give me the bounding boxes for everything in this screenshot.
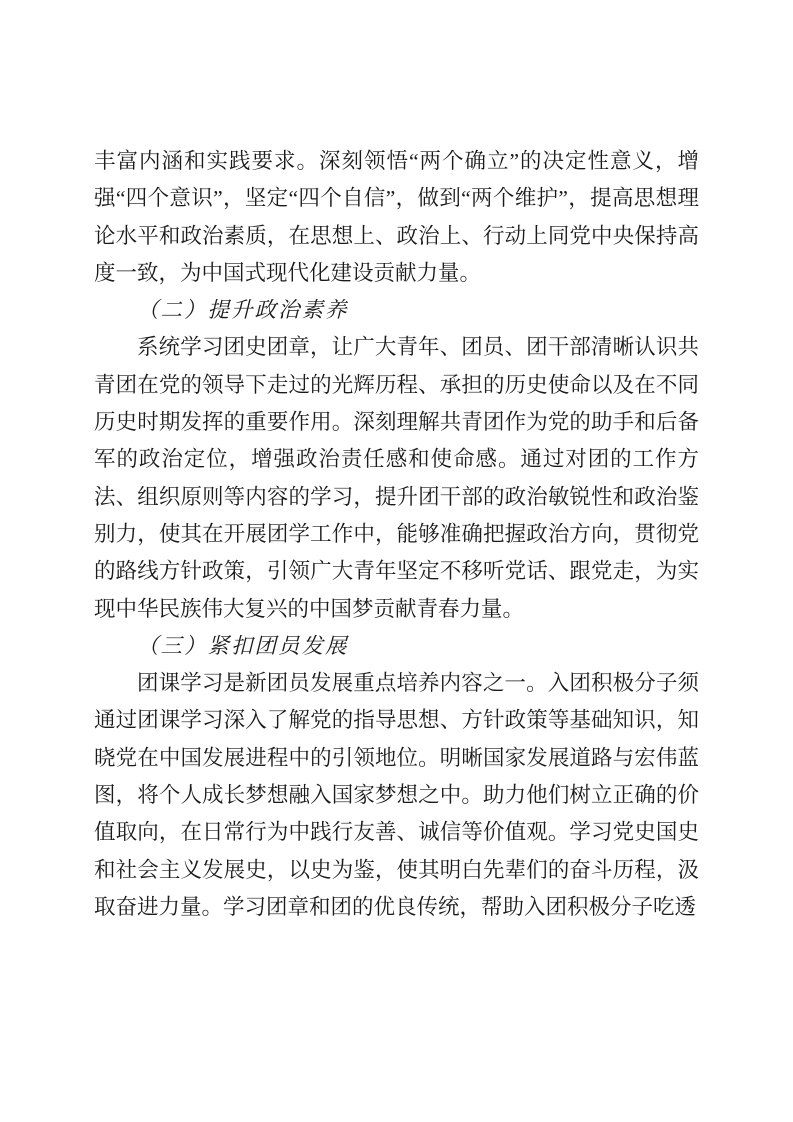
section-heading-3: （三）紧扣团员发展 <box>94 628 699 665</box>
paragraph-member-development: 团课学习是新团员发展重点培养内容之一。入团积极分子须通过团课学习深入了解党的指导… <box>94 665 699 926</box>
paragraph-continuation: 丰富内涵和实践要求。深刻领悟“两个确立”的决定性意义，增强“四个意识”，坚定“四… <box>94 143 699 292</box>
document-content: 丰富内涵和实践要求。深刻领悟“两个确立”的决定性意义，增强“四个意识”，坚定“四… <box>94 143 699 926</box>
paragraph-political-literacy: 系统学习团史团章，让广大青年、团员、团干部清晰认识共青团在党的领导下走过的光辉历… <box>94 329 699 627</box>
document-page: 丰富内涵和实践要求。深刻领悟“两个确立”的决定性意义，增强“四个意识”，坚定“四… <box>0 0 793 1122</box>
section-heading-2: （二）提升政治素养 <box>94 292 699 329</box>
